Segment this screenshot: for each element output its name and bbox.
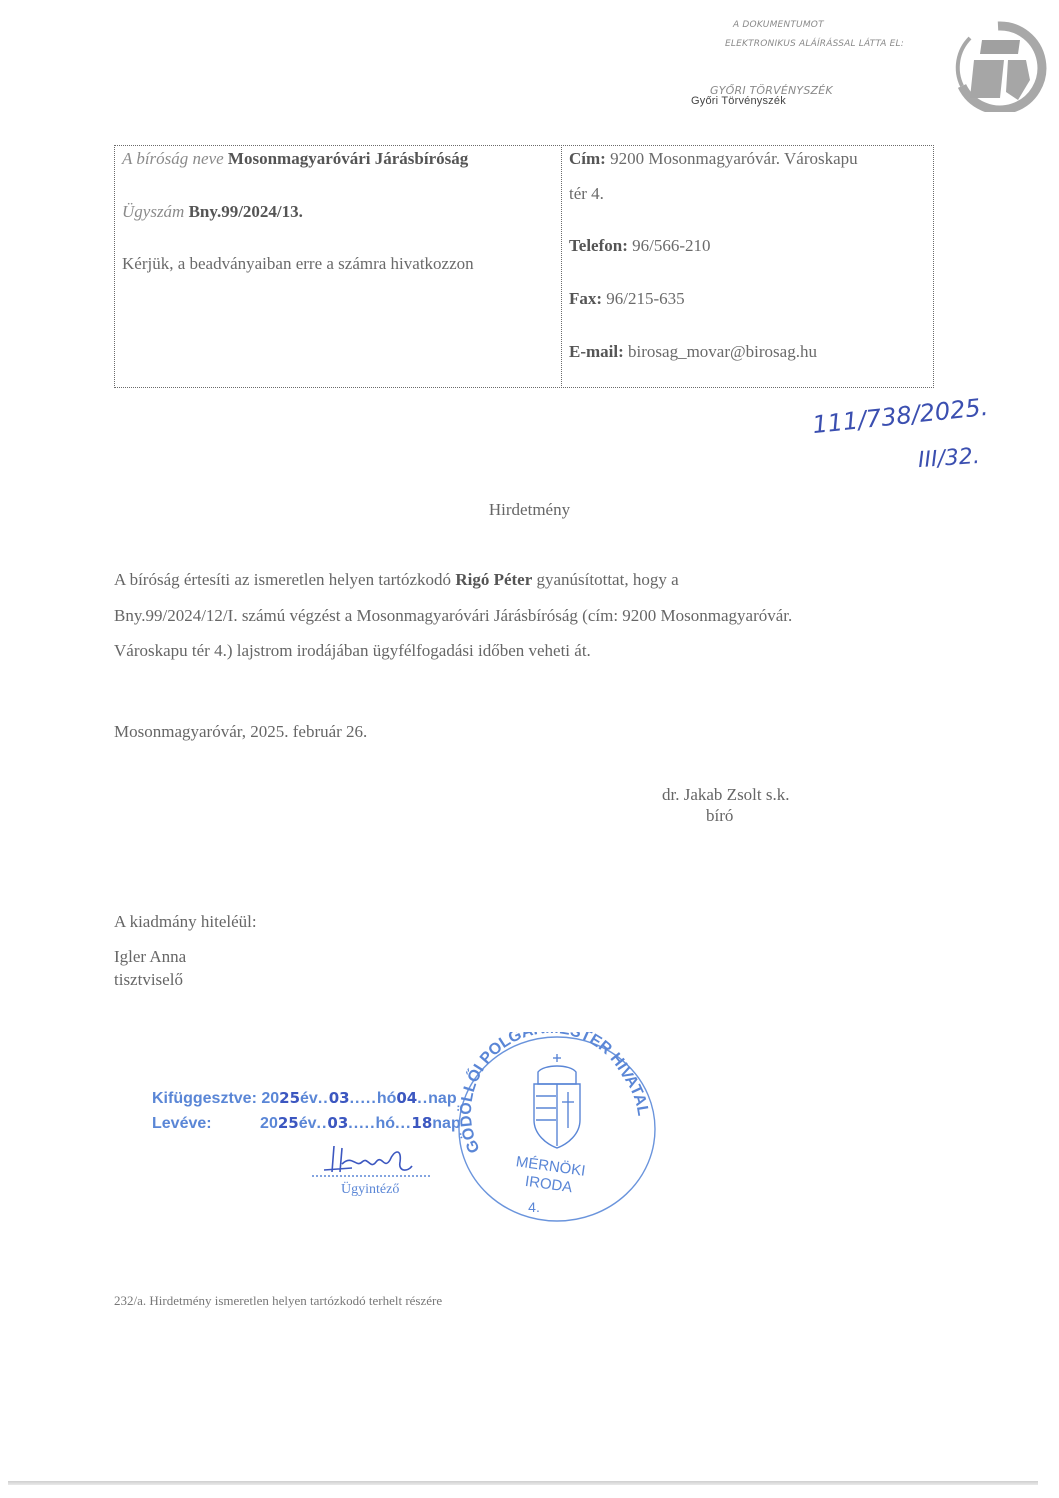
round-stamp: GÖDÖLLŐI POLGÁRMESTER HIVATAL MÉRNÖKI IR… bbox=[452, 1032, 662, 1227]
court-name-label: A bíróság neve bbox=[122, 149, 224, 168]
fax-row: Fax: 96/215-635 bbox=[569, 289, 685, 309]
body-line2: Bny.99/2024/12/I. számú végzést a Mosonm… bbox=[114, 606, 792, 626]
phone-label: Telefon: bbox=[569, 236, 628, 255]
reference-note: Kérjük, a beadványaiban erre a számra hi… bbox=[122, 254, 474, 274]
posted-month: 03 bbox=[329, 1089, 350, 1107]
esignature-line1: A DOKUMENTUMOT bbox=[733, 20, 824, 30]
esignature-line2: ELEKTRONIKUS ALÁÍRÁSSAL LÁTTA EL: bbox=[725, 39, 904, 49]
address-label: Cím: bbox=[569, 149, 606, 168]
stamp-number: 4. bbox=[528, 1199, 540, 1215]
body-line1-post: gyanúsítottat, hogy a bbox=[532, 570, 678, 589]
court-logo-icon bbox=[948, 20, 1048, 112]
year-word: év bbox=[300, 1090, 318, 1107]
posted-row: Kifüggesztve: 2025év..03.....hó04..nap bbox=[152, 1089, 457, 1108]
address-line1: 9200 Mosonmagyaróvár. Városkapu bbox=[610, 149, 858, 168]
court-name: Mosonmagyaróvári Járásbíróság bbox=[228, 149, 468, 168]
phone-value: 96/566-210 bbox=[632, 236, 710, 255]
certifier-name: Igler Anna bbox=[114, 947, 186, 967]
place-date: Mosonmagyaróvár, 2025. február 26. bbox=[114, 722, 367, 742]
posted-day: 04 bbox=[396, 1089, 417, 1107]
officer-signature bbox=[312, 1142, 432, 1182]
officer-label: Ügyintéző bbox=[341, 1182, 399, 1198]
certification-label: A kiadmány hiteléül: bbox=[114, 912, 257, 932]
page-bottom-edge bbox=[8, 1481, 1038, 1485]
month-word-2: hó bbox=[376, 1115, 396, 1132]
judge-name: dr. Jakab Zsolt s.k. bbox=[662, 785, 790, 805]
email-label: E-mail: bbox=[569, 342, 624, 361]
handwritten-ref-line2: III/32. bbox=[917, 444, 980, 473]
email-row: E-mail: birosag_movar@birosag.hu bbox=[569, 342, 817, 362]
body-line3: Városkapu tér 4.) lajstrom irodájában üg… bbox=[114, 641, 591, 661]
table-divider bbox=[561, 145, 562, 388]
document-title: Hirdetmény bbox=[0, 500, 1059, 520]
month-word: hó bbox=[377, 1090, 397, 1107]
removed-day: 18 bbox=[411, 1114, 432, 1132]
certifier-role: tisztviselő bbox=[114, 970, 183, 990]
removed-row: Levéve: 2025év..03.....hó...18nap bbox=[152, 1114, 461, 1133]
posted-year: 25 bbox=[279, 1089, 300, 1107]
address-row: Cím: 9200 Mosonmagyaróvár. Városkapu bbox=[569, 149, 858, 169]
footer-form-code: 232/a. Hirdetmény ismeretlen helyen tart… bbox=[114, 1293, 442, 1309]
year-word-2: év bbox=[299, 1115, 317, 1132]
removed-year-prefix: 20 bbox=[260, 1115, 278, 1132]
removed-month: 03 bbox=[327, 1114, 348, 1132]
removed-label: Levéve: bbox=[152, 1115, 212, 1132]
phone-row: Telefon: 96/566-210 bbox=[569, 236, 711, 256]
fax-value: 96/215-635 bbox=[606, 289, 684, 308]
hungarian-coat-of-arms-icon bbox=[534, 1054, 580, 1148]
posted-year-prefix: 20 bbox=[261, 1090, 279, 1107]
svg-text:GÖDÖLLŐI POLGÁRMESTER HIVATAL: GÖDÖLLŐI POLGÁRMESTER HIVATAL bbox=[456, 1032, 652, 1155]
handwritten-ref-line1: 111/738/2025. bbox=[811, 393, 989, 439]
email-value[interactable]: birosag_movar@birosag.hu bbox=[628, 342, 817, 361]
suspect-name: Rigó Péter bbox=[455, 570, 532, 589]
address-line2: tér 4. bbox=[569, 184, 604, 204]
case-number-label: Ügyszám bbox=[122, 202, 184, 221]
court-name-row: A bíróság neve Mosonmagyaróvári Járásbír… bbox=[122, 149, 468, 169]
esignature-court: Győri Törvényszék bbox=[691, 95, 786, 107]
removed-year: 25 bbox=[278, 1114, 299, 1132]
stamp-ring-text: GÖDÖLLŐI POLGÁRMESTER HIVATAL bbox=[456, 1032, 652, 1155]
posted-label: Kifüggesztve: bbox=[152, 1090, 257, 1107]
body-line1: A bíróság értesíti az ismeretlen helyen … bbox=[114, 570, 679, 590]
fax-label: Fax: bbox=[569, 289, 602, 308]
judge-role: bíró bbox=[706, 806, 733, 826]
case-number: Bny.99/2024/13. bbox=[189, 202, 303, 221]
case-number-row: Ügyszám Bny.99/2024/13. bbox=[122, 202, 303, 222]
body-line1-pre: A bíróság értesíti az ismeretlen helyen … bbox=[114, 570, 455, 589]
